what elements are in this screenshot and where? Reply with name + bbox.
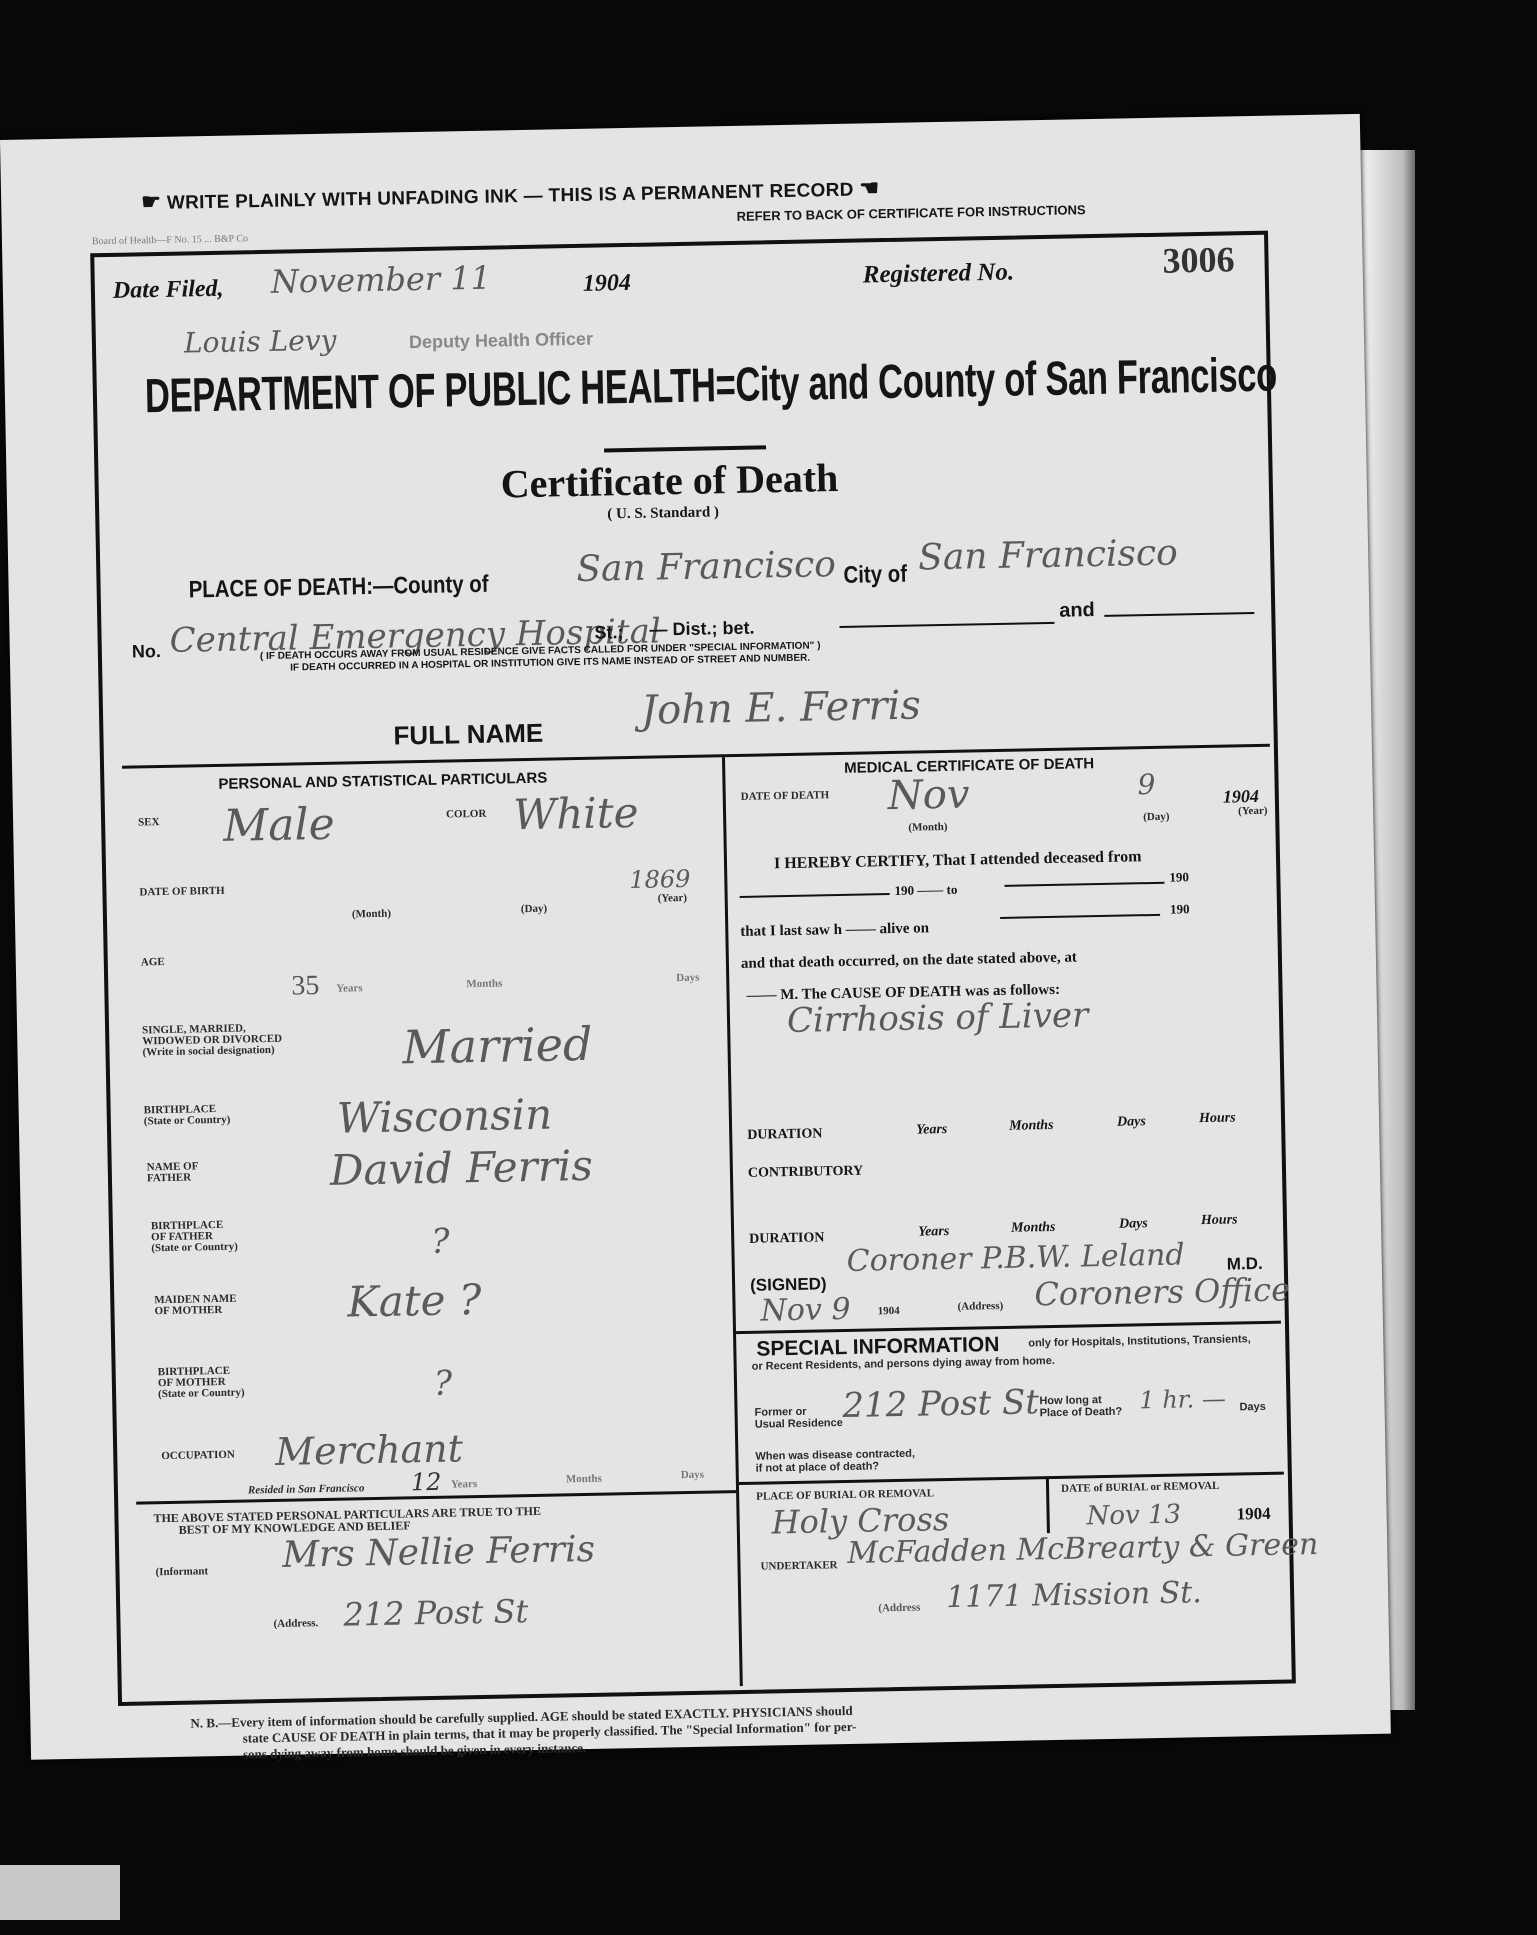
county-value: San Francisco [576,544,836,590]
date-filed-year: 1904 [583,270,632,298]
mother-bp-value: ? [434,1364,453,1404]
sex-label: SEX [138,817,160,828]
dod-day-value: 9 [1137,768,1155,801]
dob-month-label: (Month) [352,909,391,921]
resided-label: Resided in San Francisco [248,1483,365,1496]
dob-day-label: (Day) [521,904,547,916]
color-label: COLOR [446,809,487,821]
pointing-hand-icon: ☛ [859,175,880,201]
medical-address-label: (Address) [957,1301,1003,1313]
duration-years-1: Years [916,1122,947,1139]
dod-day-label: (Day) [1143,812,1169,824]
informant-address-value: 212 Post St [343,1592,529,1634]
father-label-2: FATHER [147,1173,191,1185]
signed-date-value: Nov 9 [760,1292,851,1329]
us-standard: ( U. S. Standard ) [607,504,719,523]
undertaker-address-value: 1171 Mission St. [946,1575,1202,1615]
street-number-label: No. [132,641,161,663]
place-of-death-label: PLACE OF DEATH:—County of [188,571,488,605]
and-label: and [1059,599,1095,623]
date-filed-value: November 11 [270,259,491,301]
duration-label-2: DURATION [749,1230,824,1247]
mother-value: Kate ? [347,1275,482,1327]
informant-label: (Informant [155,1566,208,1578]
dob-label: DATE OF BIRTH [139,886,224,899]
burial-year-value: 1904 [1236,1504,1270,1525]
registered-label: Registered No. [862,259,1014,290]
full-name-value: John E. Ferris [641,682,922,733]
duration-days-2: Days [1119,1216,1148,1233]
how-long-label-2: Place of Death? [1040,1407,1123,1420]
dob-year-value: 1869 [629,865,691,894]
signed-year-value: 1904 [878,1306,900,1317]
marital-value: Married [402,1017,593,1075]
form-code: Board of Health—F No. 15 ... B&P Co [92,233,248,247]
duration-hours-1: Hours [1199,1110,1236,1127]
dod-label: DATE OF DEATH [741,790,830,803]
cause-of-death-value: Cirrhosis of Liver [787,995,1089,1041]
age-years-value: 35 [291,970,320,1003]
duration-years-2: Years [918,1224,949,1241]
dod-year-label: (Year) [1238,806,1268,818]
age-months-label: Months [466,979,502,991]
father-value: David Ferris [329,1141,593,1195]
death-certificate-page: ☛ WRITE PLAINLY WITH UNFADING INK — THIS… [0,114,1391,1760]
dob-year-label: (Year) [658,893,688,905]
duration-hours-2: Hours [1201,1212,1238,1229]
father-bp-label-3: (State or Country) [151,1242,238,1255]
city-label: City of [843,561,907,590]
undertaker-address-label: (Address [878,1603,920,1615]
age-days-label: Days [676,973,699,984]
contracted-label-2: if not at place of death? [756,1461,880,1474]
attended-to-year: 190 [1169,869,1189,885]
mother-label-2: OF MOTHER [154,1305,222,1317]
age-label: AGE [141,957,165,968]
burial-date-value: Nov 13 [1086,1500,1181,1532]
background-paper-scrap [0,1865,120,1920]
resided-years-value: 12 [411,1468,442,1497]
last-saw-text: that I last saw h —— alive on [740,920,929,941]
contributory-label: CONTRIBUTORY [748,1164,863,1182]
refer-instructions: REFER TO BACK OF CERTIFICATE FOR INSTRUC… [736,202,1085,224]
street-label: St.; [594,622,623,644]
dod-month-value: Nov [887,772,970,820]
duration-months-2: Months [1011,1220,1056,1237]
date-filed-label: Date Filed, [113,276,224,305]
duration-months-1: Months [1009,1118,1054,1135]
how-long-days-label: Days [1239,1402,1266,1414]
birthplace-label-2: (State or Country) [144,1115,231,1128]
certificate-title: Certificate of Death [500,454,838,507]
mother-bp-label-3: (State or Country) [158,1388,245,1401]
pointing-hand-icon: ☛ [141,189,162,214]
medical-address-value: Coroners Office [1034,1270,1290,1313]
occupation-label: OCCUPATION [161,1450,235,1462]
resided-days-label: Days [681,1470,704,1481]
officer-signature: Louis Levy [184,324,337,360]
dod-month-label: (Month) [908,822,947,834]
former-residence-value: 212 Post St [842,1382,1039,1426]
former-residence-label-2: Usual Residence [755,1418,843,1431]
full-name-label: FULL NAME [393,718,543,752]
occupation-value: Merchant [275,1426,464,1474]
informant-value: Mrs Nellie Ferris [282,1529,596,1576]
birthplace-value: Wisconsin [336,1090,552,1143]
city-value: San Francisco [918,532,1178,578]
sex-value: Male [223,799,335,852]
informant-address-label: (Address. [273,1618,318,1630]
color-value: White [513,788,639,839]
father-bp-value: ? [431,1222,450,1262]
undertaker-label: UNDERTAKER [760,1560,837,1572]
resided-months-label: Months [566,1474,602,1486]
how-long-value: 1 hr. — [1139,1385,1226,1415]
resided-years-label: Years [451,1479,477,1491]
attended-from-to: 190 —— to [894,882,957,899]
duration-label-1: DURATION [747,1126,822,1143]
district-label: — Dist.; bet. [649,618,754,641]
duration-days-1: Days [1117,1114,1146,1131]
registered-number: 3006 [1162,238,1235,281]
last-saw-year: 190 [1170,901,1190,917]
officer-title: Deputy Health Officer [409,329,593,354]
age-years-label: Years [336,983,362,995]
